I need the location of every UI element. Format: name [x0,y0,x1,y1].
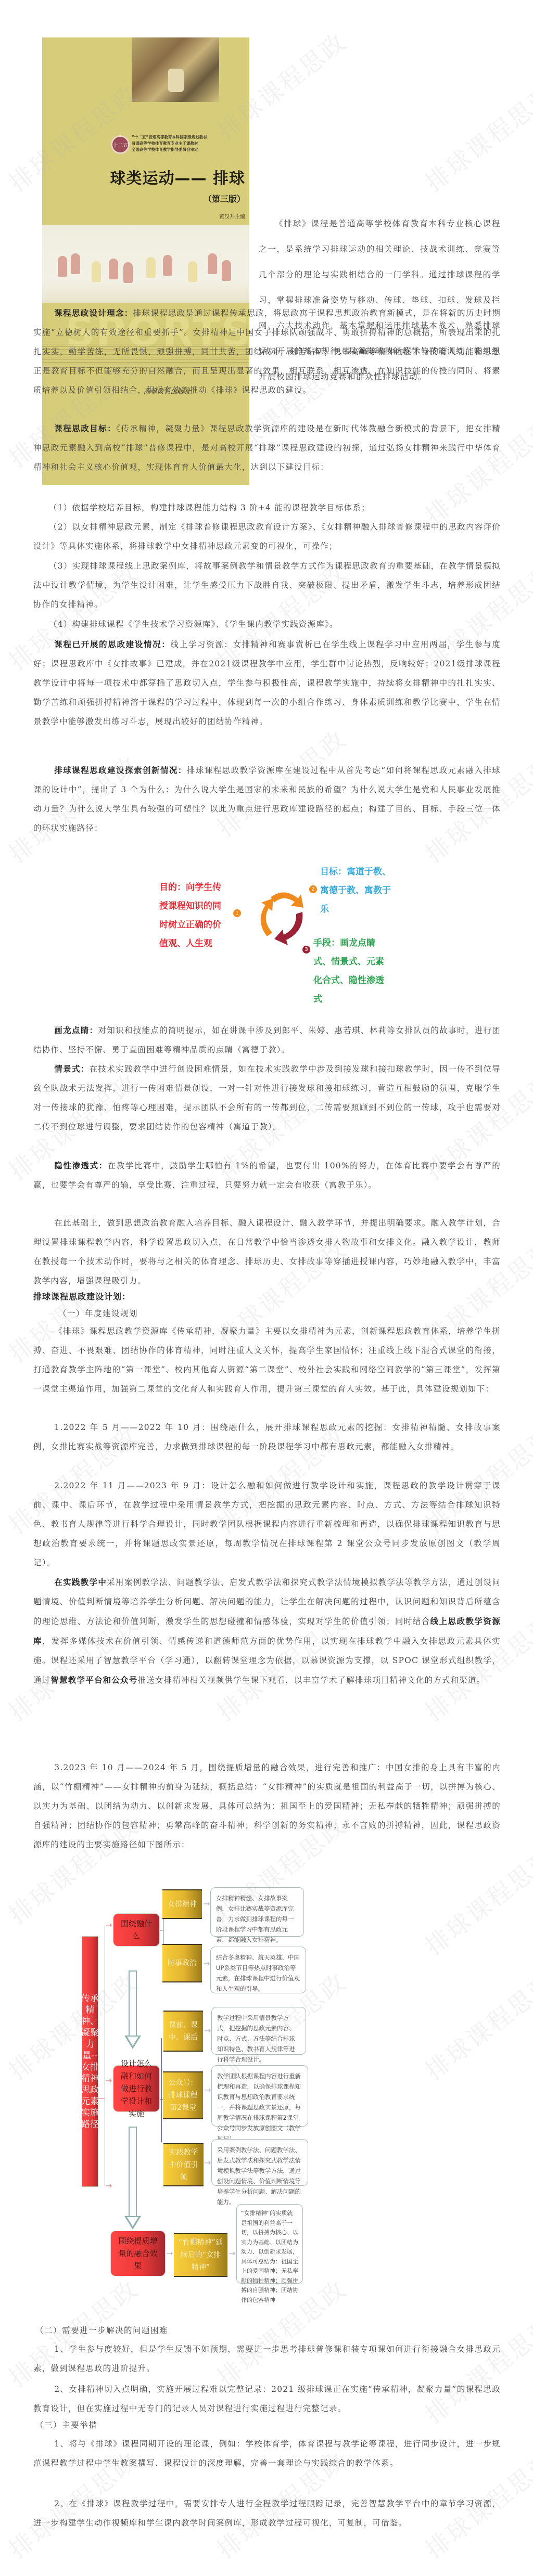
arrow-right-icon: → [203,1959,210,1968]
cover-seal-icon: 十二五 [111,135,130,154]
annual-plan-subheading: （一）年度建设规划 [58,1307,138,1319]
phase-2-paragraph: 2.2022 年 11 月——2023 年 9 月：设计怎么融和如何做进行教学设… [33,1476,501,1573]
branch-box: 女排精神 [162,1889,202,1919]
down-arrow-icon [129,2127,137,2216]
goal-item: （3）实现排球课程线上思政案例库，将故事案例教学和情景教学方式作为课程思政教育的… [33,557,501,614]
cover-editor: 黄汉升主编 [167,212,245,220]
down-arrowhead-icon [124,2036,141,2049]
connector-line [98,2098,105,2099]
cover-series-text: “十二五”普通高等教育本科国家级规划教材 普通高等学校体育教育专业主干课教材 全… [132,134,246,153]
branch-note: 教学过程中采用情景教学方式，把挖掘的思政元素内容、时点、方式、方法等结合排球知识… [211,2007,306,2055]
arrow-right-icon: → [203,1899,210,1909]
design-concept-label: 课程思政设计理念： [54,308,133,318]
arrow-right-icon: → [105,2076,112,2085]
arrow-right-icon: → [105,1920,112,1930]
cycle-goal-text: 目标：寓道于教、寓德于教、寓教于乐 [320,862,393,919]
branch-box: 课前、课中、课后 [163,2011,203,2052]
goal-item: （2）以女排精神思政元素，制定《排球普修课程思政教育设计方案》、《女排精神融入排… [33,518,501,556]
arrow-right-icon: → [204,2026,211,2036]
watermark: 排球课程思政 [417,75,533,199]
measure-item: 2、在《排球》课程教学过程中，需要安排专人进行全程教学过程跟踪记录，完善智慧教学… [33,2494,501,2533]
phase-1-paragraph: 1.2022 年 5 月——2022 年 10 月：围绕融什么，展开排球课程思政… [33,1418,501,1457]
down-arrowhead-icon [124,2216,141,2230]
athlete-silhouette [208,253,217,274]
athlete-silhouette [146,257,156,278]
branch-box: 公众号：排球课程第2课堂 [163,2071,203,2119]
cycle-arrows-icon [252,887,304,949]
athlete-silhouette [92,261,101,282]
flowchart-root: 传承精神、凝聚力量--女排精神思政元素实施路径 [82,1936,98,2187]
cycle-purpose-text: 目的：向学生传授课程知识的同时树立正确的价值观、人生观 [159,878,224,953]
arrow-right-icon: → [166,2248,173,2258]
athlete-silhouette [58,256,67,277]
problems-subheading: （二）需要进一步解决的问题困难 [35,2324,168,2336]
document-page: 排球课程思政 排球课程思政 排球课程思政 排球课程思政 排球课程思政 排球课程思… [0,0,533,2576]
goals-paragraph: 课程思政目标：《传承精神，凝聚力量》课程思政教学资源库的建设是在新时代体教融合新… [33,419,501,477]
method-label: 画龙点睛： [54,1025,98,1035]
branch-note: 结合冬奥精神、航天英雄、中国UP系类节目等热点时事政治等元素，在排球课程中进行价… [210,1947,306,1993]
branch-note: 采用案例教学法、问题教学法、启发式教学法和探究式教学法情境模拟教学法等教学方法，… [211,2139,308,2186]
down-arrow-icon [129,1970,137,2036]
method-paragraph: 隐性渗透式：在教学比赛中，鼓励学生哪怕有 1%的希望，也要付出 100%的努力，… [33,1156,501,1195]
measures-subheading: （三）主要举措 [35,2419,97,2430]
book-cover-image: 十二五 “十二五”普通高等教育本科国家级规划教材 普通高等学校体育教育专业主干课… [42,37,249,485]
cover-edition: （第三版） [146,192,245,204]
progress-paragraph: 课程已开展的思政建设情况：线上学习资源：女排精神和赛事赏析已在学生线上课程学习中… [33,635,501,731]
athlete-silhouette [123,262,133,283]
cover-athletes-band [42,225,249,303]
branch-note: 教学团队根据课程内容进行重新梳理和再造，以确保排球课程知识教育与思想政治教育要求… [211,2065,308,2127]
method-paragraph: 画龙点睛：对知识和技能点的简明提示，如在讲课中涉及到郎平、朱婷、惠若琪、林莉等女… [33,1021,501,1060]
progress-label: 课程已开展的思政建设情况： [54,639,170,649]
branch-box: 实践教学中价值引领 [163,2143,204,2186]
annual-plan-paragraph: 《排球》课程思政教学资源库《传承精神，凝聚力量》主要以女排精神为元素，创新课程思… [33,1322,501,1399]
stage-box: 设计怎么融和如何做进行教学设计和实施 [113,2065,160,2112]
arrow-right-icon: → [229,2248,235,2258]
method-label: 情景式： [54,1064,89,1074]
goals-label: 课程思政目标： [54,423,116,433]
implementation-flowchart: 传承精神、凝聚力量--女排精神思政元素实施路径 → → → 围绕融什么 女排精神… [52,1878,479,2315]
cover-volleyball-photo [132,37,219,102]
innovation-paragraph: 排球课程思政建设探索创新情况：排球课程思政教学资源库在建设过程中从首先考虑“如何… [33,761,501,838]
method-label: 隐性渗透式： [54,1161,107,1170]
athlete-silhouette [71,253,80,274]
connector-line [105,1926,105,2186]
problem-item: 2、女排精神切入点明确，实施开展过程难以完整记录：2021 级排球课正在实施“传… [33,2380,501,2418]
athlete-silhouette [222,260,231,281]
cycle-means-text: 手段：画龙点睛式、情景式、元素化合式、隐性渗透式 [313,934,391,1009]
goal-item: （4）构建排球课程《学生技术学习资源库》、《学生课内教学实践资源库》。 [33,615,501,634]
connector-line [161,2038,162,2142]
measure-item: 1、将与《排球》课程同期开设的理论课，例如：学校体育学，体育课程与教学论等课程，… [33,2435,501,2473]
integration-paragraph: 在此基础上，做到思想政治教育融入培养目标、融入课程设计、融入教学环节，并提出明确… [33,1214,501,1291]
goal-item: （1）依据学校培养目标，构建排球课程能力结构 3 阶+4 能的课程教学目标体系； [33,498,501,518]
cover-title: 球类运动—— 排球 [94,165,245,188]
phase-3-paragraph: 3.2023 年 10 月——2024 年 5 月，围绕提质增量的融合效果，进行… [33,1758,501,1854]
design-concept-paragraph: 课程思政设计理念：排球课程思政是通过课程传承思政，将思政寓于课程思想政治教育新模… [33,303,501,400]
arrow-right-icon: → [105,2181,112,2191]
stage-box: 围绕提质增量的融合效果 [110,2231,166,2276]
method-paragraph: 情景式：在技术实践教学中进行创设困难情景，如在技术实践教学中涉及到接发球和接扣球… [33,1059,501,1137]
branch-box: “竹棚精神”延续后的“女排精神” [174,2233,227,2277]
innovation-label: 排球课程思政建设探索创新情况： [54,765,187,775]
step-1-badge: 1 [233,909,241,917]
branch-note: 女排精神精髓、女排故事案例，女排比赛实战等资源库完善，力求做到排球课程的每一阶段… [210,1887,304,1937]
athlete-silhouette [188,261,197,282]
step-2-badge: 2 [309,885,317,893]
cycle-diagram: 目的：向学生传授课程知识的同时树立正确的价值观、人生观 目标：寓道于教、寓德于教… [130,858,401,1014]
branch-note: “女排精神”的实质就是祖国的利益高于一切，以拼搏为核心、以实力为基础、以团结为动… [236,2204,303,2284]
plan-heading: 排球课程思政建设计划： [33,1290,131,1302]
athlete-silhouette [109,259,118,279]
arrow-right-icon: → [204,2085,211,2095]
athlete-silhouette [163,255,172,276]
branch-box: 时事政治 [162,1944,202,1982]
practice-paragraph: 在实践教学中采用案例教学法、问题教学法、启发式教学法和探究式教学法情境模拟教学法… [33,1573,501,1690]
arrow-right-icon: → [204,2158,211,2168]
problem-item: 1、学生参与度较好，但是学生反馈不如预期，需要进一步思考排球普修课和装专项课如何… [33,2340,501,2378]
stage-box: 围绕融什么 [113,1913,160,1947]
